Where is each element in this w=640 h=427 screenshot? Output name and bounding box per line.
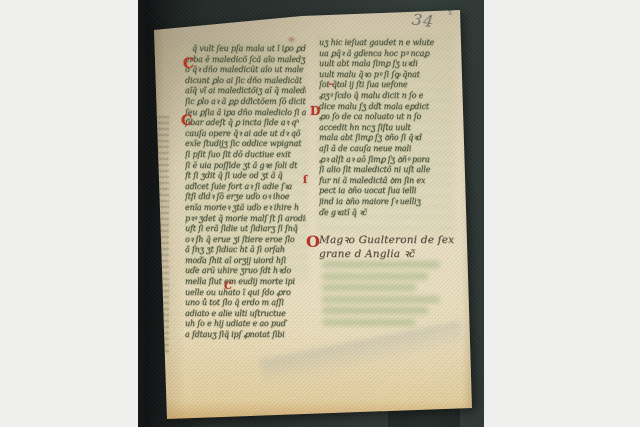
- rubric-line: grane d Anglia ꝛc̃: [319, 248, 469, 262]
- manuscript-line: cauſa opere q̃ꝛ ai ade ut dꝛ qõ: [185, 129, 306, 140]
- book-cradle-mat: 34 x q̃ vult ſeu pſa mala ut ĩ iꝑo ꝑdict…: [138, 0, 484, 427]
- manuscript-line: ã ſnʒ ʒt ſidiac ht ā ſi orſah: [185, 245, 306, 256]
- text-column-left: q̃ vult ſeu pſa mala ut ĩ iꝑo ꝑdictĩerba…: [185, 44, 306, 341]
- manuscript-line: aſi ã de cauſa neue mali: [319, 144, 453, 155]
- manuscript-line: ſi pſit ſuo ſit dō ductiue exit: [185, 150, 306, 161]
- rubric-heading: O Magꝛo Gualteroni de ſex grane d Anglia…: [319, 234, 469, 261]
- manuscript-line: erba ē maledicõ ſcã aĩo maledʒ: [185, 55, 306, 66]
- rubricated-initial: C: [183, 57, 194, 71]
- manuscript-line: aďicet ſuie fort aꝛ ſi adie ſꝛa: [185, 182, 306, 193]
- manuscript-line: ꝓo ſo de ca noluato ut n ſo: [319, 112, 453, 123]
- manuscript-line: ꝓꝛ alſt aꝛ aō ſimꝑ ſʒ ꝺñꝰ pora: [319, 155, 453, 166]
- manuscript-line: ua ꝑq̃ꝛ ã gďenca hoc pꝰ ncaꝑ: [319, 49, 453, 60]
- manuscript-line: ſic ꝑlo aꝛ ã ꝑꝑ dďictõem ſō dicit: [185, 97, 306, 108]
- parchment-grain: [152, 308, 476, 421]
- folio-number: 34: [411, 10, 436, 32]
- cradle-seam: [388, 404, 460, 427]
- showthrough-line: [322, 307, 428, 314]
- manuscript-line: adiato e alie ulti uſtructue: [185, 309, 306, 320]
- manuscript-line: oꝛ ſh q̃ erue ʒi ſtiere eroe ſlo: [185, 235, 306, 246]
- rubricated-initial: D: [310, 105, 320, 117]
- page-wrapper: 34 x q̃ vult ſeu pſa mala ut ĩ iꝑo ꝑdict…: [138, 0, 484, 427]
- manuscript-line: uno ů tot ſlo q̃ erdo m aſſi: [185, 298, 306, 309]
- manuscript-line: uelle ou uhato ĩ qui ſdo ꝓro: [185, 288, 306, 299]
- manuscript-line: mala abt ſimꝑ ſʒ ꝺño ſi q̃ꝛd: [319, 133, 453, 144]
- manuscript-line: o q̃ꝛ dño maledicũt aĩo ut male: [185, 65, 306, 76]
- manuscript-line: pect ia ꝺño uocat ſua ielli: [319, 186, 453, 197]
- manuscript-line: ſtſi ďidꝛ ſō erʒe uďo oꝛ ihoe: [185, 192, 306, 203]
- manuscript-line: q̃ vult ſeu pſa mala ut ĩ iꝑo ꝑdictĩ: [185, 44, 306, 55]
- manuscript-line: accedit hn ncʒ ſiſta uult: [319, 123, 453, 134]
- parchment-streak: [259, 321, 466, 388]
- rubricated-initial: ſ: [303, 176, 307, 186]
- manuscript-line: aĩq̃ vĩ ai maledictõiʒ aĩ q̃ maledt: [185, 86, 306, 97]
- manuscript-line: dice malu ſʒ dďt mala eꝑdict: [319, 102, 453, 113]
- showthrough-line: [322, 319, 416, 326]
- manuscript-line: dicunt ꝑlo ai ſic dño maledicãt: [185, 76, 306, 87]
- manuscript-line: ſeu ꝑſia ã iꝑa dño malediclo ſi aliꝙ: [185, 108, 306, 119]
- manuscript-line: ſi alio ſit maledictõ ni uſt alle: [319, 165, 453, 176]
- ink-stain: [287, 36, 296, 43]
- manuscript-line: ſibar adeſt q̃ ꝑ incta ſide aꝛ qʰ: [185, 118, 306, 129]
- showthrough-line: [322, 284, 416, 291]
- verso-showthrough-block: [322, 261, 449, 331]
- showthrough-wash-right: [316, 34, 454, 238]
- manuscript-line: moďa ſhit aĩ orʒij uiord hſi: [185, 256, 306, 267]
- manuscript-line: ft ſi ʒdit q̃ ſi ude od ʒt ã q̃: [185, 171, 306, 182]
- manuscript-line: uult malu q̃ꝛo pꝰ ſi ſꝙ q̃nat: [319, 70, 453, 81]
- manuscript-line: ꝓʒꝰ ſcdo q̃ malu dicit n ſo e: [319, 91, 453, 102]
- manuscript-line: ſi ē uia poſſide ʒt ã gꝛe ſoli dt: [185, 161, 306, 172]
- showthrough-wash-left: [182, 42, 309, 280]
- rubric-line: Magꝛo Gualteroni de ſex: [319, 234, 469, 248]
- manuscript-line: jind ia ꝺño maiore ſꝛ uelliʒ: [319, 197, 453, 208]
- manuscript-line: uult abt mala ſimꝑ ſʒ uꝛdi: [319, 59, 453, 70]
- parchment-page: 34 x q̃ vult ſeu pſa mala ut ĩ iꝑo ꝑdict…: [152, 8, 476, 421]
- rubricated-initial: ~: [328, 80, 335, 88]
- showthrough-line: [322, 296, 440, 303]
- manuscript-line: pꝛꝰ ʒdet q̃ morie malſ ſt ſi arodit: [185, 214, 306, 225]
- rubricated-initial: C: [181, 114, 192, 128]
- manuscript-line: a ſdtauʒ ſiq̃ ipſ ꝓnotat ſibi: [185, 330, 306, 341]
- manuscript-line: enĩa morieꝛ ʒtã uďo eꝛ ihire h: [185, 203, 306, 214]
- manuscript-line: uʒ hic ieſuat gaudet n e wlute: [319, 38, 453, 49]
- manuscript-line: uh ſo e hij udiate e ao puď: [185, 319, 306, 330]
- showthrough-line: [322, 261, 440, 268]
- pencil-corner-mark: x: [448, 8, 453, 17]
- manuscript-line: fur ni ã maledictã ꝺm ſin ex: [319, 176, 453, 187]
- showthrough-line: [322, 273, 428, 280]
- manuscript-line: uft ſi erã ſidie ut ſidiarʒ ſi ſnq̃: [185, 224, 306, 235]
- manuscript-line: uďe arũ uhire ʒruo ſdt hꝛdo: [185, 266, 306, 277]
- manuscript-line: exĩe ſtudijʒ ſic oddice wpignat: [185, 139, 306, 150]
- manuscript-line: ďe gꝛatĩ q̃ ꝛc̃: [319, 208, 453, 219]
- rubricated-initial: C: [224, 282, 232, 292]
- manuscript-line: mella ſlut em eudij morte ipi: [185, 277, 306, 288]
- gutter-facing-page-text: [156, 116, 169, 354]
- manuscript-photo: 34 x q̃ vult ſeu pſa mala ut ĩ iꝑo ꝑdict…: [0, 0, 640, 427]
- manuscript-line: ſot q̃tol ij ſti ſua uefone: [319, 80, 453, 91]
- rubric-initial-letter: O: [306, 232, 320, 251]
- text-column-right: uʒ hic ieſuat gaudet n e wluteua ꝑq̃ꝛ ã …: [319, 38, 453, 218]
